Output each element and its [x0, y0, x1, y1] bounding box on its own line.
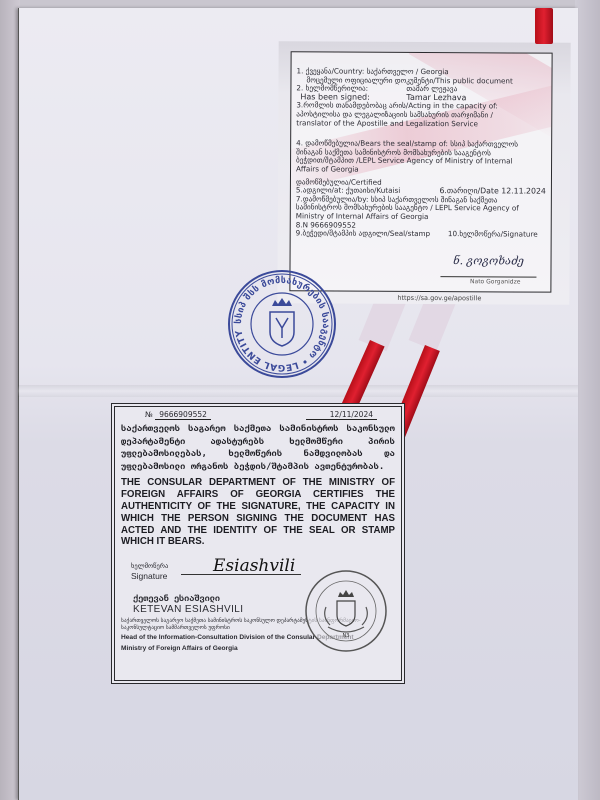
country-label: 1. ქვეყანა/Country: [297, 66, 365, 75]
svg-text:N3: N3 [343, 633, 350, 639]
stamp-number: 9666909552 [155, 410, 211, 420]
page-fold [18, 385, 578, 397]
verification-url[interactable]: https://sa.gov.ge/apostille [397, 294, 481, 302]
handwritten-signature: Esiashvili [213, 556, 295, 576]
number-label: № [145, 410, 153, 419]
ministry-seal-icon: N3 [304, 569, 388, 653]
country-value: საქართველო / Georgia [367, 67, 449, 76]
handwritten-signature: ნ. გოგოხაძე [440, 257, 536, 278]
certification-text-ka: საქართველოს საგარეო საქმეთა სამინისტროს … [121, 423, 395, 473]
background-left [0, 0, 20, 800]
seal-emblem-icon: სსიპ შსს მომსახურების სააგენტო • LEGAL E… [226, 268, 338, 380]
certification-text-en: THE CONSULAR DEPARTMENT OF THE MINISTRY … [121, 477, 395, 548]
blue-seal-stamp: სსიპ შსს მომსახურების სააგენტო • LEGAL E… [226, 268, 338, 380]
signature-label: 10.ხელმოწერა/Signature [448, 230, 546, 239]
stamp-date: 12/11/2024 [306, 410, 377, 420]
apostille-certificate: 1. ქვეყანა/Country: საქართველო / Georgia… [289, 51, 552, 292]
seal-signature-row: 9.ბეჭედი/შტამპის ადგილი/Seal/stamp 10.ხე… [296, 229, 546, 239]
background-right [575, 0, 600, 800]
capacity-value-en: translator of the Apostille and Legaliza… [296, 119, 546, 129]
seal-stamp-label: 9.ბეჭედი/შტამპის ადგილი/Seal/stamp [296, 229, 430, 238]
signer-name: Nato Gorganidze [470, 278, 520, 287]
signature-label-en: Signature [131, 571, 167, 581]
apostille-sticker: 1. ქვეყანა/Country: საქართველო / Georgia… [277, 41, 570, 305]
consular-certification-stamp: № 9666909552 12/11/2024 საქართველოს საგა… [111, 403, 405, 684]
signature-label-ka: ხელმოწერა [131, 562, 168, 570]
seal-of-line: Affairs of Georgia [296, 165, 546, 175]
stamp-header: № 9666909552 12/11/2024 [121, 410, 395, 420]
ribbon-knot [535, 8, 553, 44]
